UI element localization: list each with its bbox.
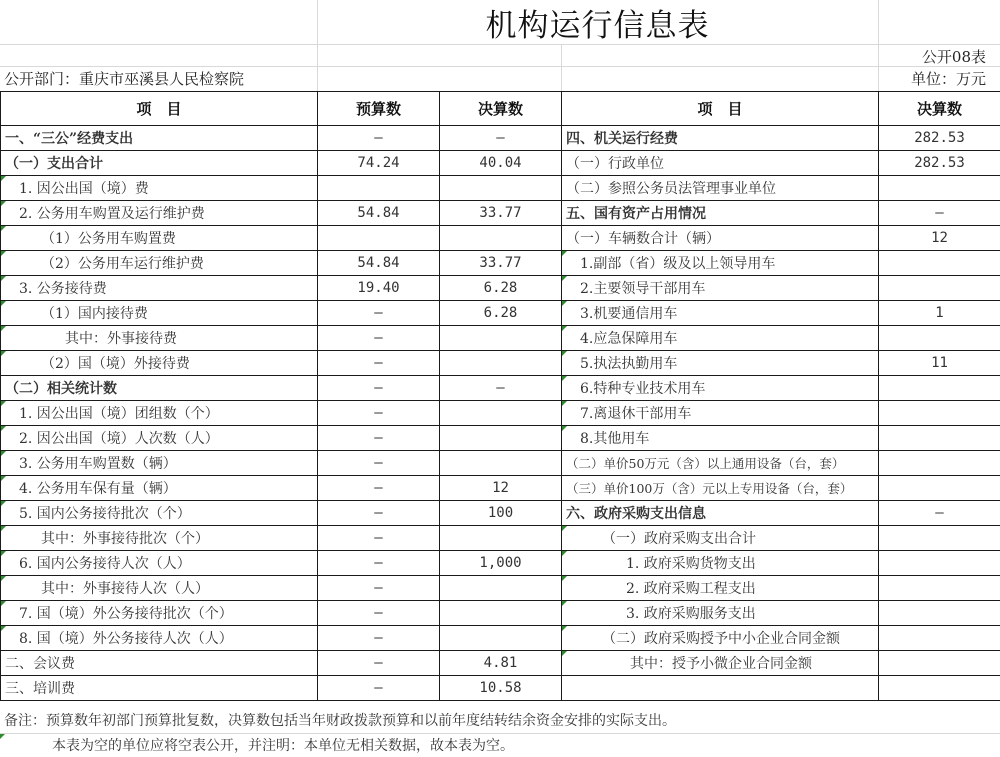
- table-row: 3. 公务用车购置数（辆） — （二）单价50万元（含）以上通用设备（台，套）: [1, 451, 1000, 476]
- cell-item[interactable]: （2）国（境）外接待费: [1, 351, 318, 376]
- gridline: [561, 44, 562, 91]
- cell-item-right[interactable]: 四、机关运行经费: [562, 126, 879, 151]
- note-remark: 备注：预算数年初部门预算批复数，决算数包括当年财政拨款预算和以前年度结转结余资金…: [0, 709, 1000, 734]
- table-row: 其中：外事接待费 — 4.应急保障用车: [1, 326, 1000, 351]
- cell-item-right[interactable]: 6.特种专业技术用车: [562, 376, 879, 401]
- cell-item-right[interactable]: 4.应急保障用车: [562, 326, 879, 351]
- cell-budget[interactable]: —: [318, 601, 440, 626]
- cell-item-right[interactable]: （一）行政单位: [562, 151, 879, 176]
- cell-budget[interactable]: [318, 226, 440, 251]
- cell-item[interactable]: （一）支出合计: [1, 151, 318, 176]
- cell-final[interactable]: 100: [440, 501, 562, 526]
- cell-item[interactable]: （2）公务用车运行维护费: [1, 251, 318, 276]
- header-final-right: 决算数: [879, 92, 1000, 126]
- cell-final[interactable]: 10.58: [440, 676, 562, 701]
- cell-budget[interactable]: 54.84: [318, 251, 440, 276]
- cell-item-right[interactable]: 8.其他用车: [562, 426, 879, 451]
- cell-budget[interactable]: —: [318, 501, 440, 526]
- cell-final-right[interactable]: —: [879, 501, 1000, 526]
- cell-budget[interactable]: —: [318, 451, 440, 476]
- cell-final[interactable]: [440, 451, 562, 476]
- note-empty-table: 本表为空的单位应将空表公开，并注明：本单位无相关数据，故本表为空。: [0, 734, 1000, 757]
- cell-final-right[interactable]: [879, 676, 1000, 701]
- table-code: 公开08表: [922, 46, 986, 67]
- table-row: 3. 公务接待费 19.40 6.28 2.主要领导干部用车: [1, 276, 1000, 301]
- cell-item[interactable]: 一、“三公”经费支出: [1, 126, 318, 151]
- cell-final-right[interactable]: [879, 276, 1000, 301]
- cell-final-right[interactable]: [879, 451, 1000, 476]
- cell-item[interactable]: 4. 公务用车保有量（辆）: [1, 476, 318, 501]
- table-row: 二、会议费 — 4.81 其中：授予小微企业合同金额: [1, 651, 1000, 676]
- cell-final[interactable]: [440, 576, 562, 601]
- cell-item[interactable]: 1. 因公出国（境）费: [1, 176, 318, 201]
- cell-final-right[interactable]: [879, 601, 1000, 626]
- cell-item[interactable]: 7. 国（境）外公务接待批次（个）: [1, 601, 318, 626]
- cell-item[interactable]: 其中：外事接待费: [1, 326, 318, 351]
- cell-item[interactable]: 8. 国（境）外公务接待人次（人）: [1, 626, 318, 651]
- header-budget: 预算数: [318, 92, 440, 126]
- cell-item[interactable]: 2. 公务用车购置及运行维护费: [1, 201, 318, 226]
- cell-item-right[interactable]: （二）参照公务员法管理事业单位: [562, 176, 879, 201]
- cell-final[interactable]: 4.81: [440, 651, 562, 676]
- cell-item[interactable]: （二）相关统计数: [1, 376, 318, 401]
- cell-item-right[interactable]: （二）政府采购授予中小企业合同金额: [562, 626, 879, 651]
- cell-item-right[interactable]: 其中：授予小微企业合同金额: [562, 651, 879, 676]
- cell-item-right[interactable]: 3.机要通信用车: [562, 301, 879, 326]
- institution-operation-table: 项 目 预算数 决算数 项 目 决算数 一、“三公”经费支出 — — 四、机关运…: [0, 91, 1000, 701]
- cell-item-right[interactable]: 1.副部（省）级及以上领导用车: [562, 251, 879, 276]
- cell-item-right[interactable]: （一）车辆数合计（辆）: [562, 226, 879, 251]
- cell-item-right[interactable]: （一）政府采购支出合计: [562, 526, 879, 551]
- cell-final[interactable]: 1,000: [440, 551, 562, 576]
- cell-final-right[interactable]: [879, 401, 1000, 426]
- cell-final-right[interactable]: 11: [879, 351, 1000, 376]
- table-row: 8. 国（境）外公务接待人次（人） — （二）政府采购授予中小企业合同金额: [1, 626, 1000, 651]
- cell-final[interactable]: [440, 351, 562, 376]
- cell-item[interactable]: 三、培训费: [1, 676, 318, 701]
- table-row: 其中：外事接待人次（人） — 2. 政府采购工程支出: [1, 576, 1000, 601]
- cell-item[interactable]: 其中：外事接待人次（人）: [1, 576, 318, 601]
- cell-item-right[interactable]: [562, 676, 879, 701]
- cell-budget[interactable]: —: [318, 676, 440, 701]
- cell-final-right[interactable]: 282.53: [879, 151, 1000, 176]
- cell-final-right[interactable]: [879, 251, 1000, 276]
- cell-item-right[interactable]: 六、政府采购支出信息: [562, 501, 879, 526]
- cell-budget[interactable]: —: [318, 426, 440, 451]
- page-title: 机构运行信息表: [317, 0, 878, 44]
- cell-budget[interactable]: —: [318, 626, 440, 651]
- gridline: [878, 0, 879, 91]
- cell-budget[interactable]: 19.40: [318, 276, 440, 301]
- table-row: （1）国内接待费 — 6.28 3.机要通信用车 1: [1, 301, 1000, 326]
- cell-item[interactable]: 3. 公务用车购置数（辆）: [1, 451, 318, 476]
- cell-item-right[interactable]: （三）单价100万（含）元以上专用设备（台，套）: [562, 476, 879, 501]
- table-row: （一）支出合计 74.24 40.04 （一）行政单位 282.53: [1, 151, 1000, 176]
- cell-final-right[interactable]: [879, 376, 1000, 401]
- table-row: 1. 因公出国（境）团组数（个） — 7.离退休干部用车: [1, 401, 1000, 426]
- cell-final-right[interactable]: [879, 326, 1000, 351]
- cell-final-right[interactable]: [879, 426, 1000, 451]
- cell-final[interactable]: 6.28: [440, 276, 562, 301]
- table-row: 三、培训费 — 10.58: [1, 676, 1000, 701]
- cell-budget[interactable]: —: [318, 476, 440, 501]
- cell-item[interactable]: 1. 因公出国（境）团组数（个）: [1, 401, 318, 426]
- cell-item-right[interactable]: （二）单价50万元（含）以上通用设备（台，套）: [562, 451, 879, 476]
- cell-final[interactable]: 12: [440, 476, 562, 501]
- table-row: 一、“三公”经费支出 — — 四、机关运行经费 282.53: [1, 126, 1000, 151]
- cell-final[interactable]: [440, 226, 562, 251]
- cell-item-right[interactable]: 3. 政府采购服务支出: [562, 601, 879, 626]
- cell-final[interactable]: —: [440, 126, 562, 151]
- cell-budget[interactable]: —: [318, 351, 440, 376]
- cell-final[interactable]: 6.28: [440, 301, 562, 326]
- table-row: 7. 国（境）外公务接待批次（个） — 3. 政府采购服务支出: [1, 601, 1000, 626]
- table-row: 5. 国内公务接待批次（个） — 100 六、政府采购支出信息 —: [1, 501, 1000, 526]
- cell-final[interactable]: [440, 401, 562, 426]
- cell-final[interactable]: —: [440, 376, 562, 401]
- cell-final-right[interactable]: [879, 176, 1000, 201]
- table-row: （2）国（境）外接待费 — 5.执法执勤用车 11: [1, 351, 1000, 376]
- cell-final[interactable]: 40.04: [440, 151, 562, 176]
- cell-final-right[interactable]: [879, 626, 1000, 651]
- table-row: 2. 因公出国（境）人次数（人） — 8.其他用车: [1, 426, 1000, 451]
- table-row: 4. 公务用车保有量（辆） — 12 （三）单价100万（含）元以上专用设备（台…: [1, 476, 1000, 501]
- cell-item[interactable]: 5. 国内公务接待批次（个）: [1, 501, 318, 526]
- cell-final-right[interactable]: [879, 476, 1000, 501]
- cell-item-right[interactable]: 五、国有资产占用情况: [562, 201, 879, 226]
- cell-budget[interactable]: —: [318, 526, 440, 551]
- table-row: 2. 公务用车购置及运行维护费 54.84 33.77 五、国有资产占用情况 —: [1, 201, 1000, 226]
- cell-item-right[interactable]: 2. 政府采购工程支出: [562, 576, 879, 601]
- cell-item-right[interactable]: 2.主要领导干部用车: [562, 276, 879, 301]
- cell-budget[interactable]: —: [318, 326, 440, 351]
- table-header-row: 项 目 预算数 决算数 项 目 决算数: [1, 92, 1000, 126]
- cell-final[interactable]: [440, 426, 562, 451]
- table-row: （2）公务用车运行维护费 54.84 33.77 1.副部（省）级及以上领导用车: [1, 251, 1000, 276]
- cell-budget[interactable]: —: [318, 126, 440, 151]
- department-label: 公开部门：重庆市巫溪县人民检察院: [4, 68, 244, 89]
- cell-final-right[interactable]: —: [879, 201, 1000, 226]
- table-row: （1）公务用车购置费 （一）车辆数合计（辆） 12: [1, 226, 1000, 251]
- cell-item[interactable]: 3. 公务接待费: [1, 276, 318, 301]
- cell-budget[interactable]: —: [318, 301, 440, 326]
- cell-final[interactable]: [440, 526, 562, 551]
- table-row: 其中：外事接待批次（个） — （一）政府采购支出合计: [1, 526, 1000, 551]
- header-right-item: 项 目: [562, 92, 879, 126]
- gridline: [0, 66, 1000, 67]
- cell-budget[interactable]: 74.24: [318, 151, 440, 176]
- cell-final[interactable]: 33.77: [440, 201, 562, 226]
- cell-budget[interactable]: 54.84: [318, 201, 440, 226]
- cell-final-right[interactable]: [879, 576, 1000, 601]
- table-row: 6. 国内公务接待人次（人） — 1,000 1. 政府采购货物支出: [1, 551, 1000, 576]
- cell-final-right[interactable]: [879, 551, 1000, 576]
- cell-final-right[interactable]: 12: [879, 226, 1000, 251]
- cell-final[interactable]: [440, 326, 562, 351]
- cell-item[interactable]: 二、会议费: [1, 651, 318, 676]
- cell-budget[interactable]: —: [318, 576, 440, 601]
- cell-budget[interactable]: —: [318, 376, 440, 401]
- cell-final-right[interactable]: [879, 526, 1000, 551]
- cell-final[interactable]: [440, 176, 562, 201]
- cell-item[interactable]: （1）公务用车购置费: [1, 226, 318, 251]
- table-row: 1. 因公出国（境）费 （二）参照公务员法管理事业单位: [1, 176, 1000, 201]
- table-row: （二）相关统计数 — — 6.特种专业技术用车: [1, 376, 1000, 401]
- cell-final-right[interactable]: 1: [879, 301, 1000, 326]
- cell-item[interactable]: 其中：外事接待批次（个）: [1, 526, 318, 551]
- header-left-item: 项 目: [1, 92, 318, 126]
- unit-label: 单位：万元: [911, 68, 986, 89]
- cell-final[interactable]: [440, 601, 562, 626]
- cell-budget[interactable]: —: [318, 651, 440, 676]
- header-final-left: 决算数: [440, 92, 562, 126]
- cell-item[interactable]: 6. 国内公务接待人次（人）: [1, 551, 318, 576]
- notes-section: 备注：预算数年初部门预算批复数，决算数包括当年财政拨款预算和以前年度结转结余资金…: [0, 709, 1000, 757]
- cell-final-right[interactable]: [879, 651, 1000, 676]
- cell-item-right[interactable]: 5.执法执勤用车: [562, 351, 879, 376]
- cell-budget[interactable]: —: [318, 401, 440, 426]
- cell-budget[interactable]: —: [318, 551, 440, 576]
- cell-item-right[interactable]: 1. 政府采购货物支出: [562, 551, 879, 576]
- cell-budget[interactable]: [318, 176, 440, 201]
- cell-item[interactable]: 2. 因公出国（境）人次数（人）: [1, 426, 318, 451]
- cell-item-right[interactable]: 7.离退休干部用车: [562, 401, 879, 426]
- cell-final[interactable]: [440, 626, 562, 651]
- spreadsheet: 机构运行信息表 公开08表 单位：万元 公开部门：重庆市巫溪县人民检察院 项 目…: [0, 0, 1000, 757]
- cell-item[interactable]: （1）国内接待费: [1, 301, 318, 326]
- cell-final[interactable]: 33.77: [440, 251, 562, 276]
- cell-final-right[interactable]: 282.53: [879, 126, 1000, 151]
